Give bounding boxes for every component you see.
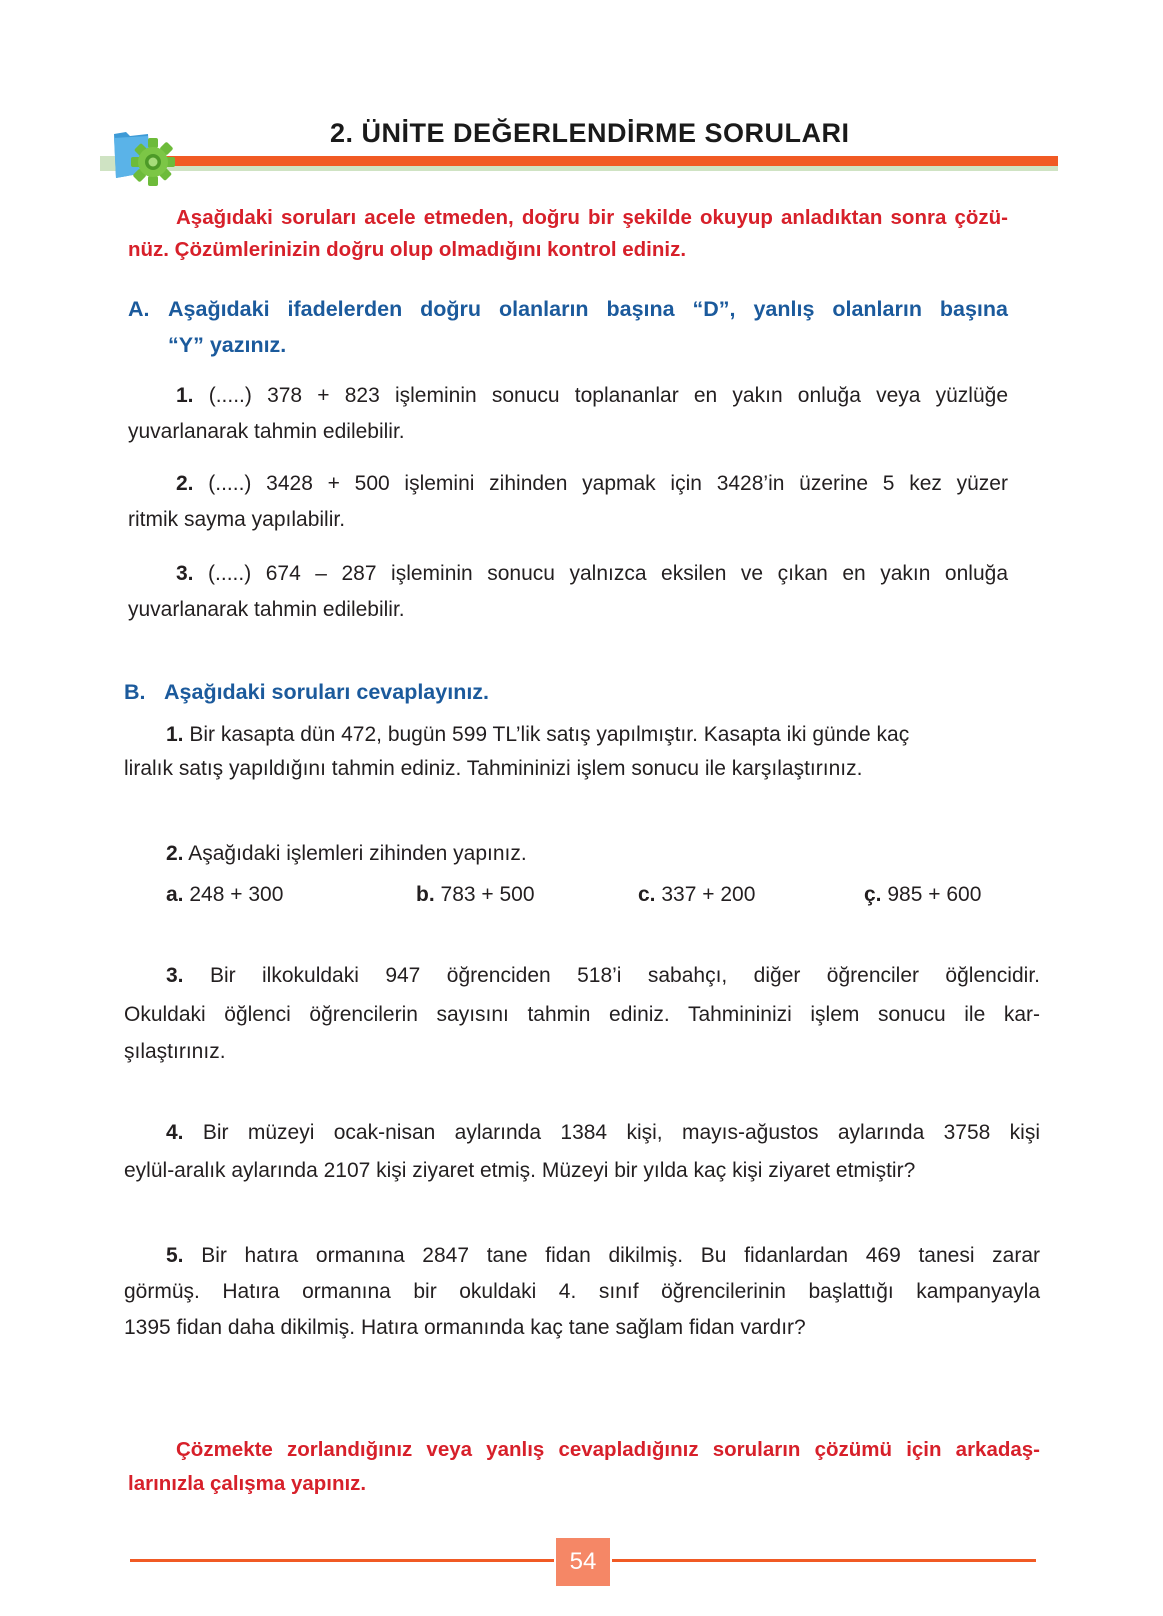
b-question-5-line-3: 1395 fidan daha dikilmiş. Hatıra ormanın… <box>124 1316 806 1340</box>
b-question-2-number: 2. <box>166 842 184 865</box>
a-item-3-text: (.....) 674 – 287 işleminin sonucu yalnı… <box>208 562 1008 585</box>
b-question-1-text: Bir kasapta dün 472, bugün 599 TL’lik sa… <box>189 723 909 746</box>
page-title: 2. ÜNİTE DEĞERLENDİRME SORULARI <box>330 118 850 149</box>
b-question-5-number: 5. <box>166 1244 184 1267</box>
b-question-3-line-1: 3. Bir ilkokuldaki 947 öğrenciden 518’i … <box>166 964 1040 988</box>
b-question-5-line-2: görmüş. Hatıra ormanına bir okuldaki 4. … <box>124 1280 1040 1304</box>
a-item-1-text: (.....) 378 + 823 işleminin sonucu topla… <box>209 384 1008 407</box>
b-question-2-option-a: a. 248 + 300 <box>166 883 283 907</box>
b-question-3-text: Bir ilkokuldaki 947 öğrenciden 518’i sab… <box>210 964 1040 987</box>
section-b-title: Aşağıdaki soruları cevaplayınız. <box>164 680 489 705</box>
b-question-3-line-3: şılaştırınız. <box>124 1040 226 1064</box>
b-question-2-option-cedilla: ç. 985 + 600 <box>864 883 981 907</box>
b-question-2-option-b: b. 783 + 500 <box>416 883 535 907</box>
page-number: 54 <box>556 1538 610 1586</box>
a-item-1-number: 1. <box>176 384 194 407</box>
intro-line-2: nüz. Çözümlerinizin doğru olup olmadığın… <box>128 238 686 262</box>
section-a-label: A. <box>128 297 150 322</box>
section-a-instruction-line-2: “Y” yazınız. <box>168 333 286 358</box>
b-question-1-number: 1. <box>166 723 184 746</box>
footer-rule-left <box>130 1559 554 1562</box>
a-item-3-line-2: yuvarlanarak tahmin edilebilir. <box>128 598 405 622</box>
a-item-2-number: 2. <box>176 472 194 495</box>
a-item-1-line-1: 1. (.....) 378 + 823 işleminin sonucu to… <box>176 384 1008 408</box>
b-question-4-number: 4. <box>166 1121 184 1144</box>
option-b-expression: 783 + 500 <box>441 883 535 906</box>
intro-line-1: Aşağıdaki soruları acele etmeden, doğru … <box>128 206 1008 230</box>
a-item-2-text: (.....) 3428 + 500 işlemini zihinden yap… <box>208 472 1008 495</box>
option-a-expression: 248 + 300 <box>189 883 283 906</box>
b-question-2-option-c: c. 337 + 200 <box>638 883 755 907</box>
footer-note-line-1: Çözmekte zorlandığınız veya yanlış cevap… <box>128 1438 1040 1462</box>
option-cedilla-expression: 985 + 600 <box>887 883 981 906</box>
option-b-label: b. <box>416 883 435 906</box>
b-question-4-line-2: eylül-aralık aylarında 2107 kişi ziyaret… <box>124 1159 915 1183</box>
b-question-3-number: 3. <box>166 964 184 987</box>
a-item-2-line-2: ritmik sayma yapılabilir. <box>128 508 345 532</box>
option-c-expression: 337 + 200 <box>661 883 755 906</box>
section-a-instruction-line-1: Aşağıdaki ifadelerden doğru olanların ba… <box>168 297 1008 322</box>
b-question-5-text: Bir hatıra ormanına 2847 tane fidan diki… <box>201 1244 1040 1267</box>
a-item-1-line-2: yuvarlanarak tahmin edilebilir. <box>128 420 405 444</box>
option-cedilla-label: ç. <box>864 883 882 906</box>
b-question-3-line-2: Okuldaki öğlenci öğrencilerin sayısını t… <box>124 1003 1040 1027</box>
section-b-label: B. <box>124 680 146 705</box>
b-question-1-line-2: liralık satış yapıldığını tahmin ediniz.… <box>124 757 862 781</box>
gear-icon <box>130 136 176 188</box>
footer-note-line-2: larınızla çalışma yapınız. <box>128 1472 366 1496</box>
a-item-2-line-1: 2. (.....) 3428 + 500 işlemini zihinden … <box>176 472 1008 496</box>
b-question-2: 2. Aşağıdaki işlemleri zihinden yapınız. <box>166 842 527 866</box>
option-a-label: a. <box>166 883 184 906</box>
b-question-2-text: Aşağıdaki işlemleri zihinden yapınız. <box>188 842 527 865</box>
b-question-5-line-1: 5. Bir hatıra ormanına 2847 tane fidan d… <box>166 1244 1040 1268</box>
option-c-label: c. <box>638 883 656 906</box>
header-orange-bar <box>160 156 1058 166</box>
b-question-4-line-1: 4. Bir müzeyi ocak-nisan aylarında 1384 … <box>166 1121 1040 1145</box>
b-question-4-text: Bir müzeyi ocak-nisan aylarında 1384 kiş… <box>203 1121 1040 1144</box>
b-question-1-line-1: 1. Bir kasapta dün 472, bugün 599 TL’lik… <box>166 723 909 747</box>
a-item-3-line-1: 3. (.....) 674 – 287 işleminin sonucu ya… <box>176 562 1008 586</box>
a-item-3-number: 3. <box>176 562 194 585</box>
footer-rule-right <box>612 1559 1036 1562</box>
